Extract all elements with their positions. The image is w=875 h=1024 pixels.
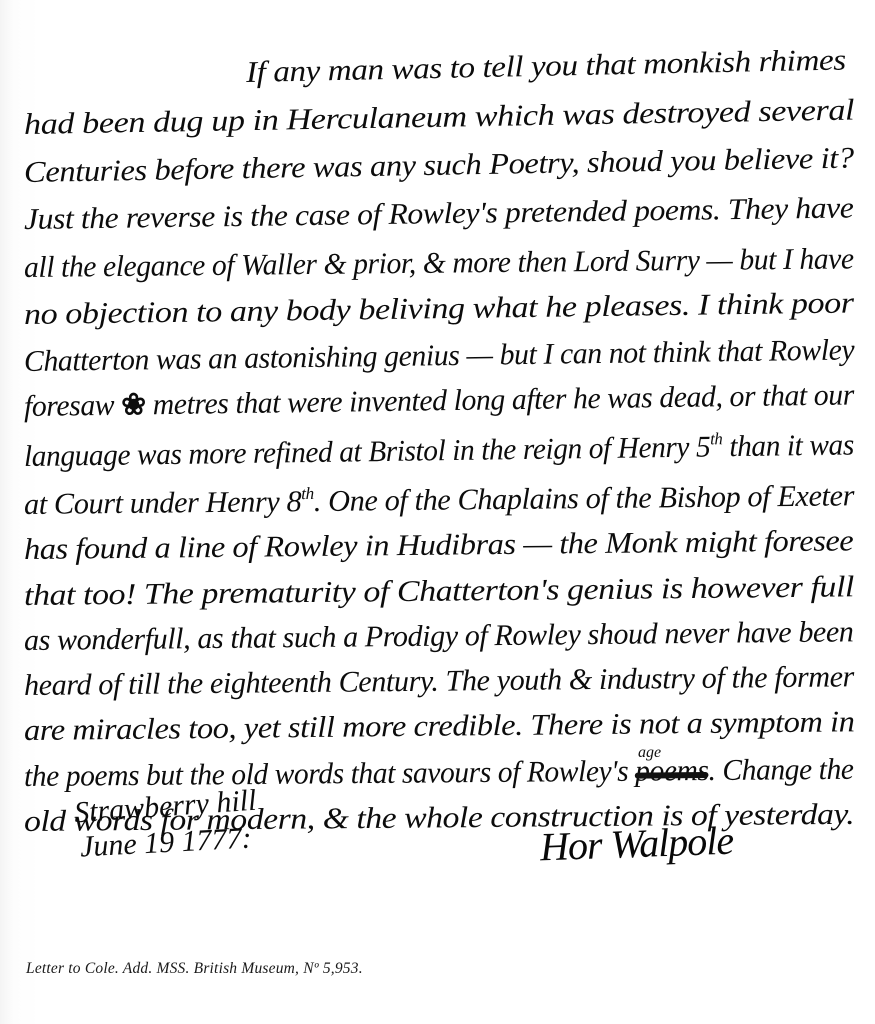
ink-blot: ❀	[121, 388, 146, 421]
letter-line-14: heard of till the eighteenth Century. Th…	[24, 662, 854, 701]
letter-line-9: language was more refined at Bristol in …	[24, 428, 854, 472]
letter-line-10: at Court under Henry 8th. One of the Cha…	[24, 479, 854, 520]
line-16-tail: . Change the	[708, 753, 853, 787]
letter-line-3: Centuries before there was any such Poet…	[24, 144, 854, 188]
letter-line-13: as wonderfull, as that such a Prodigy of…	[24, 617, 854, 656]
signature: Hor Walpole	[539, 817, 734, 871]
line-9-tail: than it was	[722, 428, 854, 463]
letter-line-7: Chatterton was an astonishing genius — b…	[24, 335, 855, 377]
line-10-main: at Court under Henry 8	[24, 485, 302, 521]
letter-line-6: no objection to any body beliving what h…	[24, 288, 854, 330]
line-10-superscript: th	[301, 484, 314, 503]
letter-line-11: has found a line of Rowley in Hudibras —…	[24, 526, 854, 565]
line-8-start: foresaw	[24, 389, 122, 423]
letter-line-12: that too! The prematurity of Chatterton'…	[24, 572, 854, 611]
inserted-word-age: age	[638, 744, 661, 762]
letter-line-2: had been dug up in Herculaneum which was…	[24, 96, 855, 140]
letter-line-16: the poems but the old words that savours…	[24, 755, 854, 792]
line-9-main: language was more refined at Bristol in …	[24, 430, 711, 473]
letter-page: If any man was to tell you that monkish …	[0, 0, 875, 1024]
line-9-superscript: th	[710, 429, 722, 448]
line-10-tail: . One of the Chaplains of the Bishop of …	[314, 479, 855, 518]
letter-line-4: Just the reverse is the case of Rowley's…	[24, 193, 854, 235]
line-16-main: the poems but the old words that savours…	[24, 755, 629, 793]
letter-line-15: are miracles too, yet still more credibl…	[24, 707, 855, 746]
letter-line-5: all the elegance of Waller & prior, & mo…	[24, 244, 854, 283]
letter-line-1: If any man was to tell you that monkish …	[246, 45, 846, 88]
letter-line-8: foresaw ❀ metres that were invented long…	[24, 380, 854, 422]
archive-caption: Letter to Cole. Add. MSS. British Museum…	[26, 960, 363, 978]
line-8-rest: metres that were invented long after he …	[145, 378, 854, 421]
